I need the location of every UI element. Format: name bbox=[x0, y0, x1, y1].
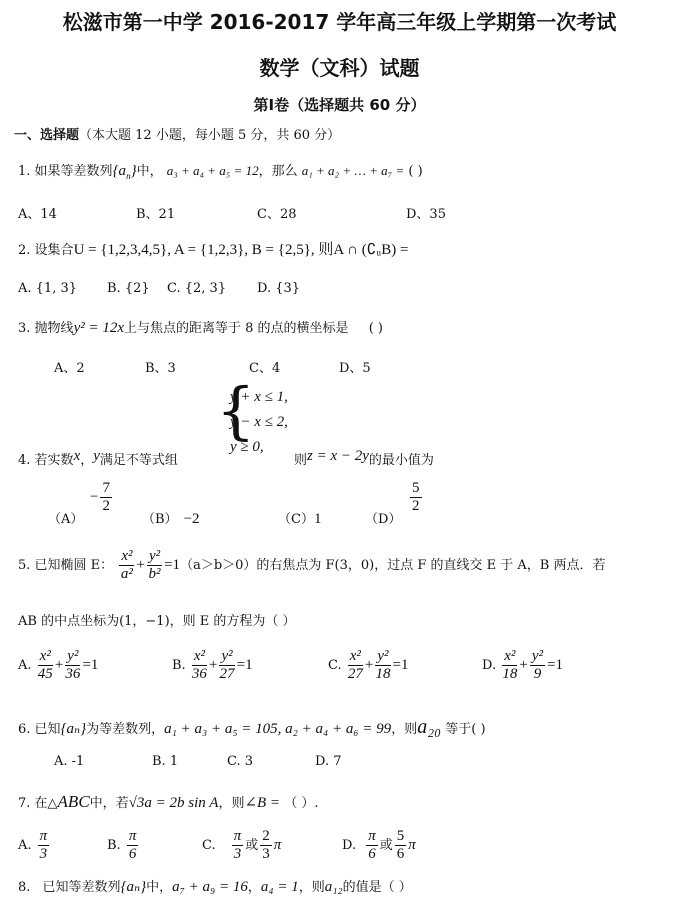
or-text: 或 bbox=[245, 838, 258, 853]
equation-rhs: =1 bbox=[237, 657, 253, 673]
option-label: C. bbox=[328, 658, 342, 673]
equation-rhs: =1 bbox=[547, 657, 563, 673]
denominator: 36 bbox=[65, 666, 80, 683]
question-4-tail: 则z = x − 2y的最小值为 bbox=[294, 448, 434, 468]
math-condition: a₄ = 1 bbox=[261, 879, 299, 895]
inequality-1: y + x ≤ 1, bbox=[230, 385, 288, 410]
numerator: π bbox=[366, 828, 378, 846]
answer-blank: （ ）. bbox=[284, 796, 318, 811]
denominator: 36 bbox=[192, 666, 207, 683]
section-label: 一、选择题 bbox=[14, 128, 79, 143]
sequence-notation: {an} bbox=[113, 163, 137, 179]
question-text: （a＞b＞0）的右焦点为 F(3，0)，过点 F 的直线交 E 于 A，B 两点… bbox=[180, 558, 605, 573]
question-text: 已知椭圆 E： bbox=[35, 558, 114, 573]
section-note: （本大题 12 小题，每小题 5 分，共 60 分） bbox=[79, 128, 340, 143]
denominator: 6 bbox=[366, 846, 378, 863]
math-target: a₂₀ bbox=[417, 716, 441, 738]
math-target: a₁₂ bbox=[325, 879, 343, 895]
option-label: B. bbox=[107, 838, 121, 853]
q3-option-b: B、3 bbox=[145, 357, 176, 376]
numerator: π bbox=[232, 828, 244, 846]
question-text: 中， bbox=[137, 164, 163, 179]
fraction: 52 bbox=[410, 480, 422, 515]
question-text: 已知等差数列 bbox=[43, 880, 121, 895]
question-number: 1. bbox=[18, 164, 30, 179]
numerator: π bbox=[127, 828, 139, 846]
question-2: 2. 设集合U = {1,2,3,4,5}, A = {1,2,3}, B = … bbox=[18, 238, 408, 259]
option-label: （B） bbox=[142, 512, 178, 527]
q5-option-a: A. x²45+y²36=1 bbox=[18, 648, 98, 683]
option-label: （D） bbox=[365, 512, 401, 527]
numerator: x² bbox=[38, 648, 53, 666]
question-text: 中， bbox=[146, 880, 172, 895]
denominator: 45 bbox=[38, 666, 53, 683]
numerator: π bbox=[38, 828, 50, 846]
pi-symbol: π bbox=[408, 837, 416, 853]
question-number: 5. bbox=[18, 558, 30, 573]
q4-option-d: （D） bbox=[365, 508, 401, 527]
q6-option-a: A. -1 bbox=[54, 754, 84, 769]
question-4: 4. 若实数x，y满足不等式组 bbox=[18, 448, 178, 468]
q7-option-d: D. π6或56π bbox=[342, 828, 416, 863]
numerator: y² bbox=[65, 648, 80, 666]
math-expression: U = {1,2,3,4,5}, A = {1,2,3}, B = {2,5},… bbox=[74, 242, 409, 258]
denominator: 6 bbox=[127, 846, 139, 863]
denominator: 3 bbox=[38, 846, 50, 863]
answer-blank: ( ) bbox=[408, 164, 422, 179]
exam-volume-title: 第Ⅰ卷（选择题共 60 分） bbox=[0, 94, 679, 115]
q4-option-b: （B）−2 bbox=[142, 508, 200, 528]
option-value: −2 bbox=[184, 511, 200, 527]
exam-subject-title: 数学（文科）试题 bbox=[0, 52, 679, 81]
answer-blank: ( ) bbox=[369, 321, 383, 336]
option-label: （C） bbox=[278, 512, 314, 527]
equation-rhs: =1 bbox=[164, 557, 180, 573]
q2-option-b: B. {2} bbox=[107, 281, 150, 296]
numerator: y² bbox=[219, 648, 234, 666]
q6-option-b: B. 1 bbox=[152, 754, 178, 769]
numerator: x² bbox=[348, 648, 363, 666]
inequality-system: y + x ≤ 1, y − x ≤ 2, y ≥ 0, bbox=[230, 385, 288, 460]
denominator: 2 bbox=[410, 498, 422, 515]
or-text: 或 bbox=[380, 838, 393, 853]
math-expression: y² = 12x bbox=[74, 320, 124, 336]
numerator: x² bbox=[502, 648, 517, 666]
option-label: （A） bbox=[48, 512, 83, 527]
q5-option-d: D. x²18+y²9=1 bbox=[482, 648, 563, 683]
pi-symbol: π bbox=[274, 837, 282, 853]
question-text: 的最小值为 bbox=[369, 453, 434, 468]
question-6: 6. 已知{aₙ}为等差数列，a₁ + a₃ + a₅ = 105, a₂ + … bbox=[18, 716, 486, 739]
q1-option-b: B、21 bbox=[136, 203, 175, 222]
q3-option-a: A、2 bbox=[54, 357, 85, 376]
question-8: 8. 已知等差数列{aₙ}中，a₇ + a₉ = 16，a₄ = 1，则a₁₂的… bbox=[18, 876, 412, 896]
q6-option-c: C. 3 bbox=[227, 754, 253, 769]
question-text: ，则 bbox=[391, 722, 417, 737]
question-3: 3. 抛物线y² = 12x上与焦点的距离等于 8 的点的横坐标是 ( ) bbox=[18, 317, 383, 337]
q1-option-c: C、28 bbox=[257, 203, 297, 222]
q3-option-d: D、5 bbox=[339, 357, 371, 376]
q7-option-a: A. π3 bbox=[18, 828, 51, 863]
denominator: 3 bbox=[260, 846, 272, 863]
question-number: 2. bbox=[18, 243, 30, 258]
math-condition: √3a = 2b sin A bbox=[129, 795, 219, 811]
option-label: B. bbox=[172, 658, 186, 673]
sequence-notation: {aₙ} bbox=[61, 721, 87, 737]
q5-option-b: B. x²36+y²27=1 bbox=[172, 648, 253, 683]
question-number: 3. bbox=[18, 321, 30, 336]
q4-option-a-value: −72 bbox=[90, 480, 114, 515]
q2-option-c: C. {2, 3} bbox=[167, 281, 226, 296]
q2-option-a: A. {1, 3} bbox=[18, 281, 77, 296]
math-objective: z = x − 2y bbox=[307, 448, 369, 464]
question-text: 中，若 bbox=[90, 796, 129, 811]
question-number: 6. bbox=[18, 722, 30, 737]
q4-option-a: （A） bbox=[48, 508, 83, 527]
separator: ， bbox=[248, 880, 261, 895]
question-text: 的值是（ ） bbox=[343, 880, 412, 895]
math-target: ∠B = bbox=[244, 795, 280, 811]
math-condition: a₁ + a₃ + a₅ = 105, a₂ + a₄ + a₆ = 99 bbox=[164, 721, 391, 737]
numerator: 2 bbox=[260, 828, 272, 846]
question-5-line2: AB 的中点坐标为(1，−1)，则 E 的方程为（ ） bbox=[18, 610, 296, 629]
option-label: C. bbox=[202, 838, 216, 853]
question-text: 等于( ) bbox=[445, 722, 485, 737]
question-number: 4. bbox=[18, 453, 30, 468]
math-var: y bbox=[93, 448, 100, 464]
math-condition: a₇ + a₉ = 16 bbox=[172, 879, 248, 895]
fraction: 72 bbox=[100, 480, 112, 515]
question-text: 上与焦点的距离等于 8 的点的横坐标是 bbox=[124, 321, 349, 336]
section-heading: 一、选择题（本大题 12 小题，每小题 5 分，共 60 分） bbox=[14, 124, 340, 143]
fraction: y²b² bbox=[147, 548, 162, 583]
exam-school-title: 松滋市第一中学 2016-2017 学年高三年级上学期第一次考试 bbox=[0, 6, 679, 35]
question-text: 满足不等式组 bbox=[100, 453, 178, 468]
denominator: b² bbox=[147, 566, 162, 583]
question-text: 设集合 bbox=[35, 243, 74, 258]
option-label: D. bbox=[482, 658, 496, 673]
question-text: ，则 bbox=[299, 880, 325, 895]
denominator: 27 bbox=[348, 666, 363, 683]
q6-option-d: D. 7 bbox=[315, 754, 342, 769]
denominator: 18 bbox=[375, 666, 390, 683]
question-text: ，那么 bbox=[259, 164, 298, 179]
question-text: ，则 bbox=[218, 796, 244, 811]
numerator: y² bbox=[147, 548, 162, 566]
question-text: 在△ bbox=[35, 796, 58, 811]
denominator: 2 bbox=[100, 498, 112, 515]
fraction: x²a² bbox=[119, 548, 134, 583]
math-condition: a₃ + a₄ + a₅ = 12 bbox=[167, 163, 259, 178]
question-text: 则 bbox=[294, 453, 307, 468]
option-label: A. bbox=[18, 658, 32, 673]
minus-sign: − bbox=[90, 489, 98, 505]
numerator: x² bbox=[119, 548, 134, 566]
triangle-name: ABC bbox=[58, 792, 90, 811]
q4-option-d-value: 52 bbox=[408, 480, 424, 515]
question-5: 5. 已知椭圆 E： x²a²+y²b²=1（a＞b＞0）的右焦点为 F(3，0… bbox=[18, 548, 606, 583]
separator: ， bbox=[80, 453, 93, 468]
question-text: 如果等差数列 bbox=[35, 164, 113, 179]
question-text: 已知 bbox=[35, 722, 61, 737]
q1-option-a: A、14 bbox=[18, 203, 57, 222]
question-1: 1. 如果等差数列{an}中， a₃ + a₄ + a₅ = 12，那么 a₁ … bbox=[18, 160, 423, 181]
question-number: 7. bbox=[18, 796, 30, 811]
inequality-3: y ≥ 0, bbox=[230, 435, 288, 460]
sequence-notation: {aₙ} bbox=[121, 879, 147, 895]
q1-option-d: D、35 bbox=[406, 203, 446, 222]
denominator: 27 bbox=[219, 666, 234, 683]
q7-option-b: B. π6 bbox=[107, 828, 140, 863]
inequality-2: y − x ≤ 2, bbox=[230, 410, 288, 435]
numerator: 5 bbox=[395, 828, 407, 846]
denominator: 18 bbox=[502, 666, 517, 683]
numerator: y² bbox=[530, 648, 545, 666]
denominator: 9 bbox=[530, 666, 545, 683]
q7-option-c: C. π3或23π bbox=[202, 828, 281, 863]
denominator: 3 bbox=[232, 846, 244, 863]
option-label: D. bbox=[342, 838, 356, 853]
q2-option-d: D. {3} bbox=[257, 281, 300, 296]
equation-rhs: =1 bbox=[393, 657, 409, 673]
q4-option-c: （C）1 bbox=[278, 508, 321, 528]
question-number: 8. bbox=[18, 880, 30, 895]
equation-rhs: =1 bbox=[82, 657, 98, 673]
math-expression: a₁ + a₂ + … + a₇ = bbox=[302, 163, 404, 178]
numerator: y² bbox=[375, 648, 390, 666]
question-text: 为等差数列， bbox=[86, 722, 164, 737]
numerator: 5 bbox=[410, 480, 422, 498]
question-text: 抛物线 bbox=[35, 321, 74, 336]
numerator: x² bbox=[192, 648, 207, 666]
denominator: 6 bbox=[395, 846, 407, 863]
option-label: A. bbox=[18, 838, 32, 853]
question-7: 7. 在△ABC中，若√3a = 2b sin A，则∠B = （ ）. bbox=[18, 792, 318, 812]
q5-option-c: C. x²27+y²18=1 bbox=[328, 648, 409, 683]
option-value: 1 bbox=[314, 511, 322, 527]
denominator: a² bbox=[119, 566, 134, 583]
question-text: 若实数 bbox=[35, 453, 74, 468]
numerator: 7 bbox=[100, 480, 112, 498]
